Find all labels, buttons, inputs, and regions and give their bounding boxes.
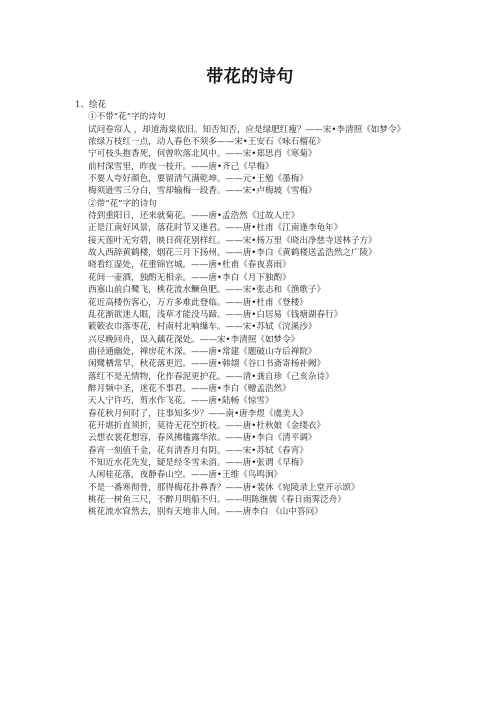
poem-line: 宁可枝头抱香死，何曾吹落北风中。——宋•郑思肖《寒菊》 <box>88 148 475 160</box>
poem-line: 浓绿万枝红一点，动人春色不须多——宋•王安石《咏石榴花》 <box>88 136 475 148</box>
poem-line: 不知近水花先发，疑是经冬雪未消。——唐•张谓《早梅》 <box>88 457 475 469</box>
poem-line: 花近高楼伤客心，万方多难此登临。——唐•杜甫《登楼》 <box>88 297 475 309</box>
poem-line: 故人西辞黄鹤楼，烟花三月下扬州。——唐•李白《黄鹤楼送孟浩然之广陵》 <box>88 247 475 259</box>
document-title: 带花的诗句 <box>0 62 500 87</box>
poem-line: 桃花一树鱼三尺，不醉月明船不归。——明陈继儒《春日雨霁泛舟》 <box>88 494 475 506</box>
poem-list-1: 试问卷帘人 ，却道海棠依旧。知否知否，应是绿肥红瘦？——宋•李清照《如梦令》浓绿… <box>75 124 475 198</box>
poem-line: 西塞山前白鹭飞，桃花流水鳜鱼肥。——宋•张志和《渔歌子》 <box>88 284 475 296</box>
section-heading: 1、绘花 <box>75 99 475 111</box>
poem-line: 曲径通幽处，禅房花木深。——唐•常建《题破山寺后禅院》 <box>88 346 475 358</box>
poem-line: 落红不是无情物，化作春泥更护花。——清•龚自珍《己亥杂诗》 <box>88 371 475 383</box>
poem-line: 不要人夸好颜色，要留清气满乾坤。——元•王勉《墨梅》 <box>88 173 475 185</box>
poem-line: 不是一番寒彻骨，那得梅花扑鼻香？——唐•裴休《宛陵录上堂开示颂》 <box>88 482 475 494</box>
document-body: 1、绘花 ①不带“花”字的诗句 试问卷帘人 ，却道海棠依旧。知否知否，应是绿肥红… <box>75 99 475 519</box>
poem-line: 花间一壶酒，独酌无相亲。——唐•李白《月下独酌》 <box>88 272 475 284</box>
poem-line: 人闲桂花落，夜静春山空。——唐•王维《鸟鸣涧》 <box>88 469 475 481</box>
poem-line: 乱花渐欲迷人眼，浅草才能没马蹄。——唐•白居易《钱塘湖春行》 <box>88 309 475 321</box>
poem-line: 簌簌衣巾落枣花，村南村北响缫车。——宋•苏轼《浣溪沙》 <box>88 321 475 333</box>
subsection-heading-2: ②带“花”字的诗句 <box>88 198 475 210</box>
poem-line: 前村深雪里，昨夜一枝开。——唐•齐己《早梅》 <box>88 161 475 173</box>
poem-line: 待到重阳日，还来就菊花。——唐•孟浩然《过故人庄》 <box>88 210 475 222</box>
poem-line: 兴尽晚回舟，误入藕花深处。——宋•李清照《如梦令》 <box>88 334 475 346</box>
poem-line: 接天莲叶无穷碧，映日荷花别样红。——宋•杨万里《晓出净慈寺送林子方》 <box>88 235 475 247</box>
poem-line: 春宵一刻值千金，花有清香月有阴。——宋•苏轼《春宵》 <box>88 445 475 457</box>
poem-line: 桃花流水窅然去，别有天地非人间。——唐李白 《山中答问》 <box>88 506 475 518</box>
poem-line: 天人宁许巧，剪水作飞花。——唐•陆畅《惊雪》 <box>88 395 475 407</box>
poem-line: 梅须逊雪三分白，雪却输梅一段香。——宋•卢梅坡《雪梅》 <box>88 185 475 197</box>
poem-line: 正是江南好风景，落花时节又逢君。——唐•杜甫《江南逢李龟年》 <box>88 222 475 234</box>
poem-line: 晓看红湿处，花重锦官城。——唐•杜甫《春夜喜雨》 <box>88 259 475 271</box>
poem-list-2: 待到重阳日，还来就菊花。——唐•孟浩然《过故人庄》正是江南好风景，落花时节又逢君… <box>75 210 475 519</box>
poem-line: 云想衣裳花想容，春风拂槛露华浓。——唐•李白《清平调》 <box>88 432 475 444</box>
poem-line: 春花秋月何时了，往事知多少？——南•唐李煜《虞美人》 <box>88 408 475 420</box>
poem-line: 花开堪折直须折，莫待无花空折枝。——唐•杜秋娘《金缕衣》 <box>88 420 475 432</box>
poem-line: 闲鹭栖常早，秋花落更迟。——唐•韩翃《谷口书斋寄杨补阙》 <box>88 358 475 370</box>
poem-line: 醉月频中圣，迷花不事君。——唐•李白《赠孟浩然》 <box>88 383 475 395</box>
poem-line: 试问卷帘人 ，却道海棠依旧。知否知否，应是绿肥红瘦？——宋•李清照《如梦令》 <box>88 124 475 136</box>
subsection-heading-1: ①不带“花”字的诗句 <box>88 111 475 123</box>
